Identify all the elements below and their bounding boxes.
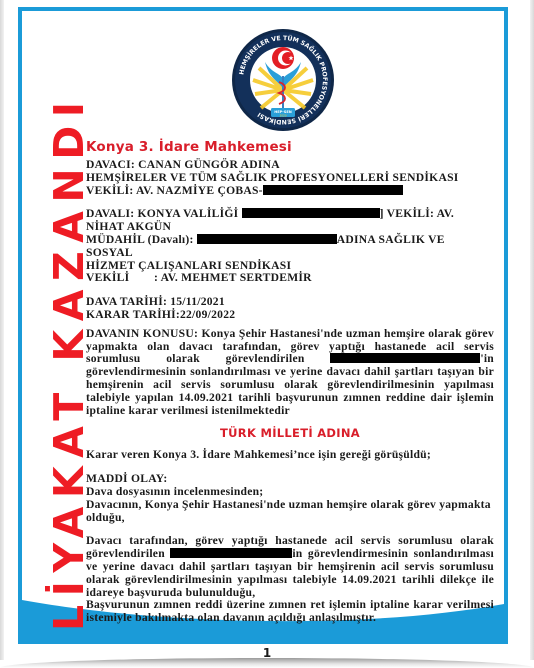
- facts-paragraph: Davacı tarafından, görev yaptığı hastane…: [86, 535, 494, 599]
- union-emblem-icon: HEP-SEN 2020 HEMŞİRELER VE TÜM SAĞLIK PR…: [231, 28, 335, 132]
- plaintiff-counsel: VEKİLİ: AV. NAZMİYE ÇOBAS-: [86, 185, 494, 198]
- dates-block: DAVA TARİHİ: 15/11/2021 KARAR TARİHİ:22/…: [86, 296, 494, 322]
- defendant-text: DAVALI: KONYA VALİLİĞİ: [86, 207, 238, 220]
- facts-conclusion: Başvurunun zımnen reddi üzerine zımnen r…: [86, 599, 494, 625]
- facts-block: MADDİ OLAY: Dava dosyasının incelenmesin…: [86, 473, 494, 524]
- defendant-block: DAVALI: KONYA VALİLİĞİ ] VEKİLİ: AV. NİH…: [86, 208, 494, 285]
- intervener-counsel: VEKİLİ: AV. MEHMET SERTDEMİR: [86, 272, 494, 285]
- redaction-bar: [197, 234, 337, 244]
- svg-text:2020: 2020: [279, 114, 286, 118]
- section-title: TÜRK MİLLETİ ADINA: [86, 426, 494, 440]
- plaintiff-counsel-text: VEKİLİ: AV. NAZMİYE ÇOBAS-: [86, 184, 263, 197]
- facts-line: Davacının, Konya Şehir Hastanesi'nde uzm…: [86, 499, 494, 525]
- plaintiff-line: DAVACI: CANAN GÜNGÖR ADINA: [86, 159, 494, 172]
- counsel-label: VEKİLİ: [86, 272, 154, 285]
- decision-intro: Karar veren Konya 3. İdare Mahkemesi’nce…: [86, 449, 494, 462]
- intervener-label: MÜDAHİL (Davalı):: [86, 233, 194, 246]
- redaction-bar: [242, 208, 380, 218]
- facts-line: Dava dosyasının incelenmesinden;: [86, 486, 494, 499]
- court-title: Konya 3. İdare Mahkemesi: [86, 139, 494, 155]
- case-subject: DAVANIN KONUSU: Konya Şehir Hastanesi'nd…: [86, 328, 494, 418]
- intervener-line: MÜDAHİL (Davalı): ADINA SAĞLIK VE SOSYAL: [86, 234, 494, 260]
- liyakat-kazandi-banner: LİYAKAT KAZANDI: [49, 94, 90, 632]
- redaction-bar: [263, 185, 403, 195]
- page-edge-left: [0, 0, 4, 660]
- counsel-value: : AV. MEHMET SERTDEMİR: [154, 271, 312, 284]
- redaction-bar: [330, 353, 480, 363]
- redaction-bar: [170, 548, 292, 558]
- document-frame: HEP-SEN 2020 HEMŞİRELER VE TÜM SAĞLIK PR…: [18, 7, 508, 644]
- defendant-counsel-text: ] VEKİLİ: AV.: [380, 207, 454, 220]
- document-body: Konya 3. İdare Mahkemesi DAVACI: CANAN G…: [86, 139, 494, 625]
- page-edge-right: [530, 0, 534, 660]
- decision-date: KARAR TARİHİ:22/09/2022: [86, 309, 494, 322]
- plaintiff-block: DAVACI: CANAN GÜNGÖR ADINA HEMŞİRELER VE…: [86, 159, 494, 197]
